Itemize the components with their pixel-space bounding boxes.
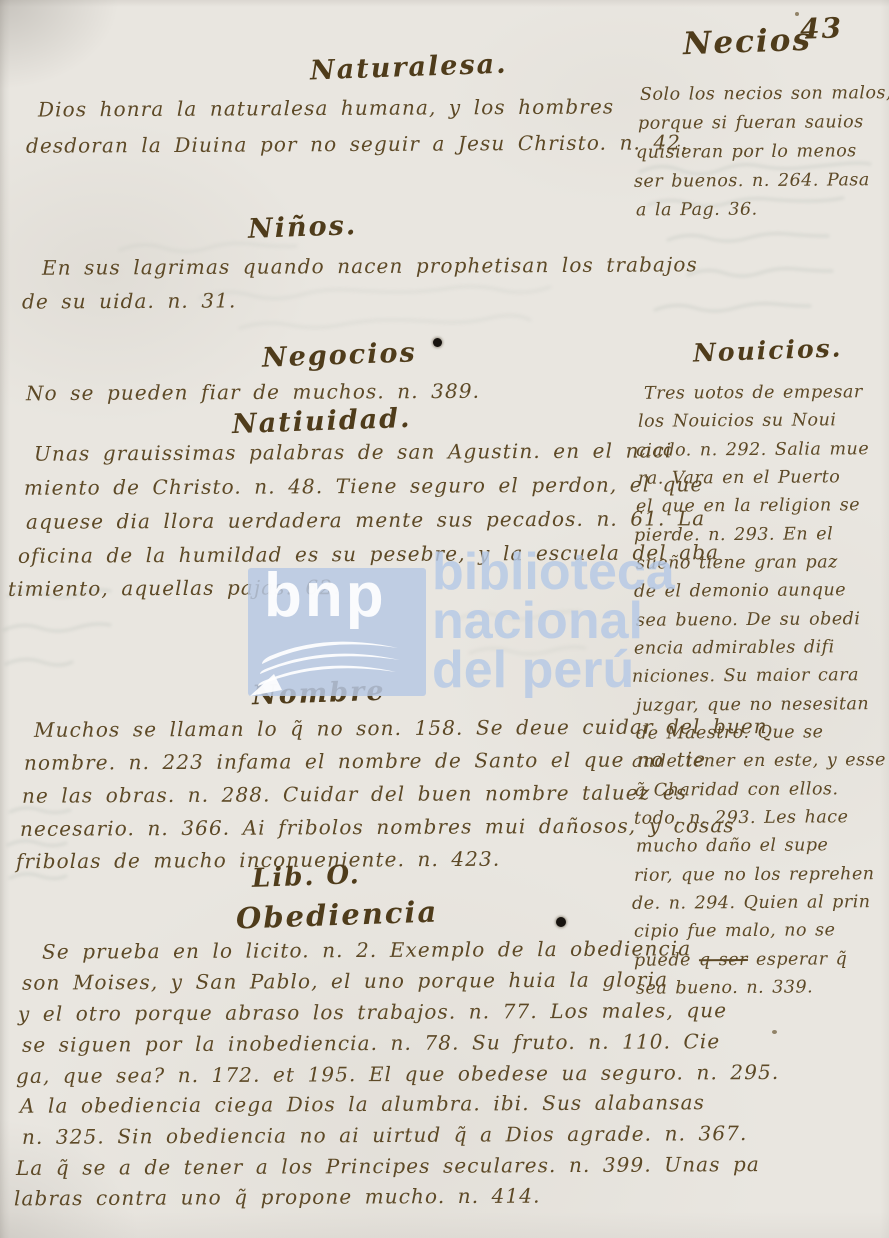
necios-line: ser buenos. n. 264. Pasa — [634, 170, 870, 192]
bnp-watermark-logo-box: bnp — [248, 568, 426, 696]
section-heading-natiuidad: Natiuidad. — [232, 403, 412, 440]
obediencia-line: labras contra uno q̃ propone mucho. n. 4… — [14, 1184, 541, 1211]
strike-post: esperar q̃ — [748, 949, 848, 970]
corner-shade-top-left — [0, 0, 120, 90]
section-heading-ninos: Niños. — [247, 210, 357, 245]
obediencia-line: La q̃ se a de tener a los Principes secu… — [16, 1152, 760, 1180]
nouicios-line: el que en la religion se — [636, 495, 860, 517]
bnp-book-swoosh-icon — [248, 628, 426, 698]
watermark-text-nacional: nacional — [432, 597, 643, 645]
ink-hole — [433, 338, 442, 347]
obediencia-line: son Moises, y San Pablo, el uno porque h… — [22, 967, 668, 994]
nouicios-line: rior, que no los reprehen — [634, 864, 875, 886]
manuscript-page: 43 Necios Solo los necios son malos, por… — [0, 0, 889, 1238]
obediencia-line: se siguen por la inobediencia. n. 78. Su… — [22, 1029, 720, 1057]
nouicios-line: niciones. Su maior cara — [632, 665, 859, 687]
nouicios-line: sea bueno. De su obedi — [636, 609, 861, 631]
section-heading-necios: Necios — [682, 22, 812, 62]
struck-text: q ser — [699, 950, 748, 970]
nouicios-line: mucho daño el supe — [636, 835, 829, 856]
section-heading-lib-o: Lib. O. — [252, 860, 362, 894]
nouicios-line: Tres uotos de empesar — [644, 382, 863, 404]
nouicios-line: encia admirables difi — [634, 637, 835, 658]
watermark-text-del-peru: del perú — [432, 646, 634, 694]
naturalesa-line: Dios honra la naturalesa humana, y los h… — [38, 94, 614, 121]
nombre-line: Muchos se llaman lo q̃ no son. 158. Se d… — [34, 714, 768, 742]
nouicios-line: juzgar, que no nesesitan — [636, 694, 869, 716]
nombre-line: ne las obras. n. 288. Cuidar del buen no… — [22, 780, 687, 807]
section-heading-naturalesa: Naturalesa. — [310, 49, 508, 87]
natiuidad-line: aquese dia llora uerdadera mente sus pec… — [26, 506, 705, 534]
watermark-text-biblioteca: biblioteca — [432, 548, 675, 596]
nouicios-line: de. n. 294. Quien al prin — [632, 892, 871, 914]
obediencia-line: ga, que sea? n. 172. et 195. El que obed… — [16, 1060, 779, 1088]
obediencia-line: y el otro porque abraso los trabajos. n.… — [18, 998, 727, 1026]
nouicios-line: los Nouicios su Noui — [638, 410, 837, 431]
naturalesa-line: desdoran la Diuina por no seguir a Jesu … — [26, 130, 689, 157]
necios-line: a la Pag. 36. — [636, 200, 758, 221]
bnp-logo-text: bnp — [264, 560, 387, 631]
section-heading-obediencia: Obediencia — [235, 894, 438, 935]
ink-hole — [556, 917, 566, 927]
ninos-line: de su uida. n. 31. — [22, 288, 237, 313]
natiuidad-line: miento de Christo. n. 48. Tiene seguro e… — [24, 472, 704, 500]
ink-speck — [772, 1030, 777, 1034]
negocios-line: No se pueden fiar de muchos. n. 389. — [26, 379, 480, 405]
ninos-line: En sus lagrimas quando nacen prophetisan… — [42, 252, 698, 279]
obediencia-line: Se prueba en lo licito. n. 2. Exemplo de… — [42, 936, 691, 963]
ink-speck — [795, 12, 799, 16]
obediencia-line: n. 325. Sin obediencia no ai uirtud q̃ a… — [22, 1121, 748, 1149]
section-heading-nouicios: Nouicios. — [693, 333, 843, 367]
nombre-line: nombre. n. 223 infama el nombre de Santo… — [24, 747, 706, 775]
obediencia-line: A la obediencia ciega Dios la alumbra. i… — [20, 1090, 705, 1118]
nombre-line: necesario. n. 366. Ai fribolos nombres m… — [20, 813, 735, 841]
nouicios-line: ciado. n. 292. Salia mue — [636, 439, 869, 461]
natiuidad-line: Unas grauissimas palabras de san Agustin… — [34, 438, 672, 465]
necios-line: Solo los necios son malos, — [640, 83, 889, 105]
nouicios-line: ra. Vara en el Puerto — [638, 467, 840, 488]
section-heading-negocios: Negocios — [262, 337, 418, 373]
